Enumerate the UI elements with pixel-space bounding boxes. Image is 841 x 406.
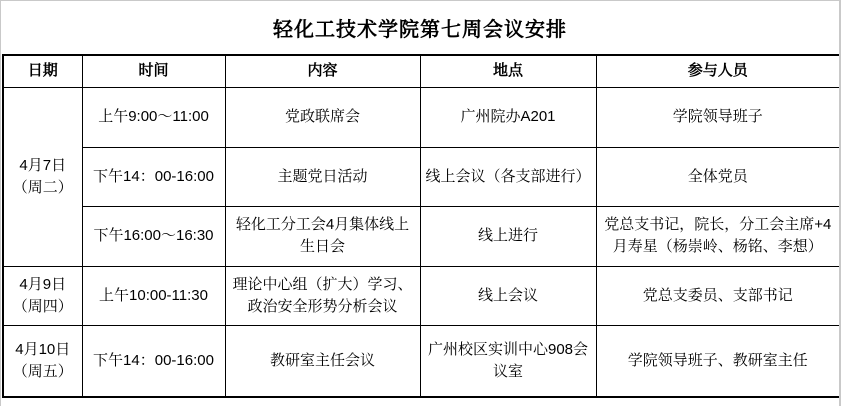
header-cell-time: 时间 xyxy=(82,55,225,87)
cell-content: 主题党日活动 xyxy=(225,147,420,206)
cell-date-apr9: 4月9日 （周四） xyxy=(3,266,82,325)
table-row: 4月7日 （周二） 上午9:00～11:00 党政联席会 广州院办A201 学院… xyxy=(3,87,840,147)
meeting-schedule-table: 日期 时间 内容 地点 参与人员 4月7日 （周二） 上午9:00～11:00 … xyxy=(2,54,841,398)
cell-time: 上午9:00～11:00 xyxy=(82,87,225,147)
cell-location: 线上会议 xyxy=(420,266,596,325)
header-cell-content: 内容 xyxy=(225,55,420,87)
table-row: 下午14：00-16:00 主题党日活动 线上会议（各支部进行） 全体党员 xyxy=(3,147,840,206)
cell-content: 理论中心组（扩大）学习、政治安全形势分析会议 xyxy=(225,266,420,325)
table-row: 4月10日 （周五） 下午14：00-16:00 教研室主任会议 广州校区实训中… xyxy=(3,325,840,397)
cell-participants: 党总支委员、支部书记 xyxy=(596,266,840,325)
cell-participants: 学院领导班子 xyxy=(596,87,840,147)
header-cell-participants: 参与人员 xyxy=(596,55,840,87)
table-row: 下午16:00～16:30 轻化工分工会4月集体线上生日会 线上进行 党总支书记… xyxy=(3,206,840,266)
cell-participants: 学院领导班子、教研室主任 xyxy=(596,325,840,397)
cell-content: 轻化工分工会4月集体线上生日会 xyxy=(225,206,420,266)
cell-date-apr7: 4月7日 （周二） xyxy=(3,87,82,266)
cell-participants: 全体党员 xyxy=(596,147,840,206)
document-page: 轻化工技术学院第七周会议安排 日期 时间 内容 地点 参与人员 4月7日 （周二… xyxy=(0,0,841,406)
cell-participants: 党总支书记，院长，分工会主席+4月寿星（杨崇岭、杨铭、李想） xyxy=(596,206,840,266)
table-header-row: 日期 时间 内容 地点 参与人员 xyxy=(3,55,840,87)
cell-content: 党政联席会 xyxy=(225,87,420,147)
cell-time: 下午16:00～16:30 xyxy=(82,206,225,266)
cell-location: 广州院办A201 xyxy=(420,87,596,147)
cell-location: 广州校区实训中心908会议室 xyxy=(420,325,596,397)
cell-date-apr10: 4月10日 （周五） xyxy=(3,325,82,397)
page-title: 轻化工技术学院第七周会议安排 xyxy=(1,1,839,54)
cell-location: 线上会议（各支部进行） xyxy=(420,147,596,206)
cell-time: 下午14：00-16:00 xyxy=(82,325,225,397)
cell-content: 教研室主任会议 xyxy=(225,325,420,397)
table-row: 4月9日 （周四） 上午10:00-11:30 理论中心组（扩大）学习、政治安全… xyxy=(3,266,840,325)
cell-time: 上午10:00-11:30 xyxy=(82,266,225,325)
cell-time: 下午14：00-16:00 xyxy=(82,147,225,206)
header-cell-location: 地点 xyxy=(420,55,596,87)
header-cell-date: 日期 xyxy=(3,55,82,87)
cell-location: 线上进行 xyxy=(420,206,596,266)
